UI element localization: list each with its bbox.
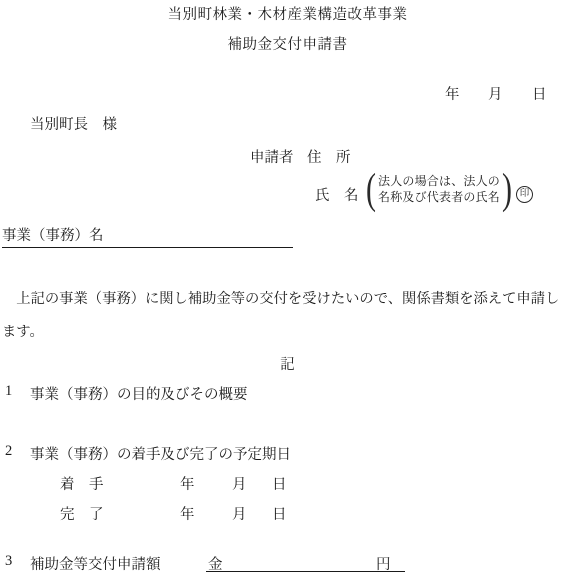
corporate-name-note: ( 法人の場合は、法人の 名称及び代表者の氏名 ) — [366, 174, 512, 205]
note-line-2: 名称及び代表者の氏名 — [378, 190, 500, 206]
schedule-start-year-label: 年 — [180, 473, 195, 494]
date-month-label: 月 — [488, 83, 503, 104]
item2-text: 事業（事務）の着手及び完了の予定期日 — [30, 443, 291, 464]
corporate-name-note-text: 法人の場合は、法人の 名称及び代表者の氏名 — [376, 174, 502, 205]
applicant-address-label: 住 所 — [307, 146, 351, 167]
document-title-project: 当別町林業・木材産業構造改革事業 — [0, 3, 575, 24]
item2-number: 2 — [5, 443, 12, 460]
date-day-label: 日 — [532, 83, 547, 104]
schedule-end-label: 完 了 — [60, 503, 104, 524]
amount-prefix-label: 金 — [208, 553, 223, 574]
applicant-label: 申請者 — [250, 146, 294, 167]
body-paragraph-line2: ます。 — [2, 321, 44, 341]
schedule-start-label: 着 手 — [60, 473, 104, 494]
document-title-form: 補助金交付申請書 — [0, 33, 575, 54]
project-name-field: 事業（事務）名 — [2, 224, 293, 248]
schedule-end-day-label: 日 — [272, 503, 287, 524]
seal-mark-icon: 印 — [516, 186, 533, 203]
addressee: 当別町長 様 — [30, 113, 117, 134]
body-paragraph-line1: 上記の事業（事務）に関し補助金等の交付を受けたいので、関係書類を添えて申請し — [2, 288, 559, 308]
open-paren-glyph: ( — [366, 168, 376, 212]
item1-number: 1 — [5, 383, 12, 400]
item3-text: 補助金等交付申請額 — [30, 553, 161, 574]
applicant-name-label: 氏 名 — [315, 184, 359, 205]
close-paren-glyph: ) — [502, 168, 512, 212]
schedule-start-month-label: 月 — [232, 473, 247, 494]
amount-field: 金 円 — [206, 551, 405, 572]
schedule-end-year-label: 年 — [180, 503, 195, 524]
note-line-1: 法人の場合は、法人の — [378, 174, 500, 190]
date-year-label: 年 — [445, 83, 460, 104]
item3-number: 3 — [5, 553, 12, 570]
amount-suffix-label: 円 — [376, 553, 391, 574]
item1-text: 事業（事務）の目的及びその概要 — [30, 383, 248, 404]
subsidy-application-form: 当別町林業・木材産業構造改革事業 補助金交付申請書 年 月 日 当別町長 様 申… — [0, 0, 575, 576]
schedule-start-day-label: 日 — [272, 473, 287, 494]
ki-heading: 記 — [0, 353, 575, 374]
schedule-end-month-label: 月 — [232, 503, 247, 524]
